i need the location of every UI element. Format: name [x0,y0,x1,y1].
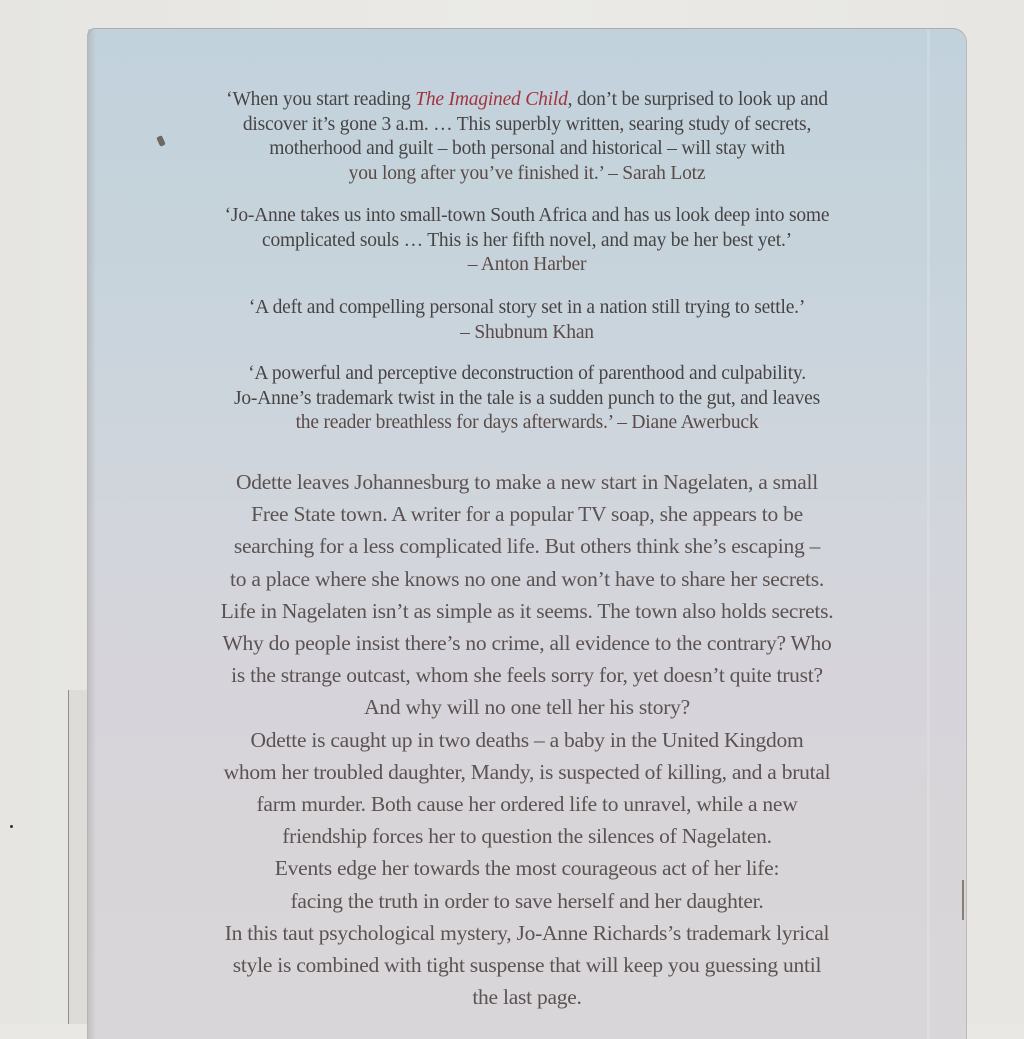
quote-line: ‘Jo-Anne takes us into small-town South … [88,204,966,229]
quote-line: ‘A deft and compelling personal story se… [88,296,966,321]
synopsis-line: Life in Nagelaten isn’t as simple as it … [88,595,966,627]
synopsis-line: facing the truth in order to save hersel… [88,885,966,917]
review-quote-sarah-lotz: ‘When you start reading The Imagined Chi… [88,88,966,186]
book-title-reference: The Imagined Child [415,89,567,110]
synopsis-line: Odette is caught up in two deaths – a ba… [88,724,966,756]
quote-line: motherhood and guilt – both personal and… [88,137,966,162]
dust-speck [10,825,13,828]
quote-line-with-attribution: you long after you’ve finished it.’ – Sa… [88,162,966,187]
quote-line: discover it’s gone 3 a.m. … This superbl… [88,113,966,138]
review-quote-anton-harber: ‘Jo-Anne takes us into small-town South … [88,204,966,278]
synopsis-line: friendship forces her to question the si… [88,820,966,852]
quote-line: ‘When you start reading The Imagined Chi… [88,88,966,113]
review-quote-diane-awerbuck: ‘A powerful and perceptive deconstructio… [88,362,966,436]
synopsis-line: searching for a less complicated life. B… [88,530,966,562]
synopsis-line: style is combined with tight suspense th… [88,949,966,981]
synopsis-line: Odette leaves Johannesburg to make a new… [88,466,966,498]
quote-line: Jo-Anne’s trademark twist in the tale is… [88,387,966,412]
quote-line: ‘A powerful and perceptive deconstructio… [88,362,966,387]
quote-line-with-attribution: the reader breathless for days afterward… [88,411,966,436]
synopsis-line: whom her troubled daughter, Mandy, is su… [88,756,966,788]
synopsis-line: is the strange outcast, whom she feels s… [88,659,966,691]
synopsis-line: Free State town. A writer for a popular … [88,498,966,530]
quote-attribution: – Anton Harber [88,253,966,278]
book-synopsis: Odette leaves Johannesburg to make a new… [88,466,966,1013]
synopsis-line: Why do people insist there’s no crime, a… [88,627,966,659]
quote-attribution: – Shubnum Khan [88,321,966,346]
review-quote-shubnum-khan: ‘A deft and compelling personal story se… [88,296,966,345]
synopsis-line: Events edge her towards the most courage… [88,852,966,884]
synopsis-line: to a place where she knows no one and wo… [88,563,966,595]
page-edge [68,690,89,1024]
synopsis-line: And why will no one tell her his story? [88,691,966,723]
synopsis-line: farm murder. Both cause her ordered life… [88,788,966,820]
quote-line: complicated souls … This is her fifth no… [88,229,966,254]
synopsis-line: In this taut psychological mystery, Jo-A… [88,917,966,949]
synopsis-line: the last page. [88,981,966,1013]
